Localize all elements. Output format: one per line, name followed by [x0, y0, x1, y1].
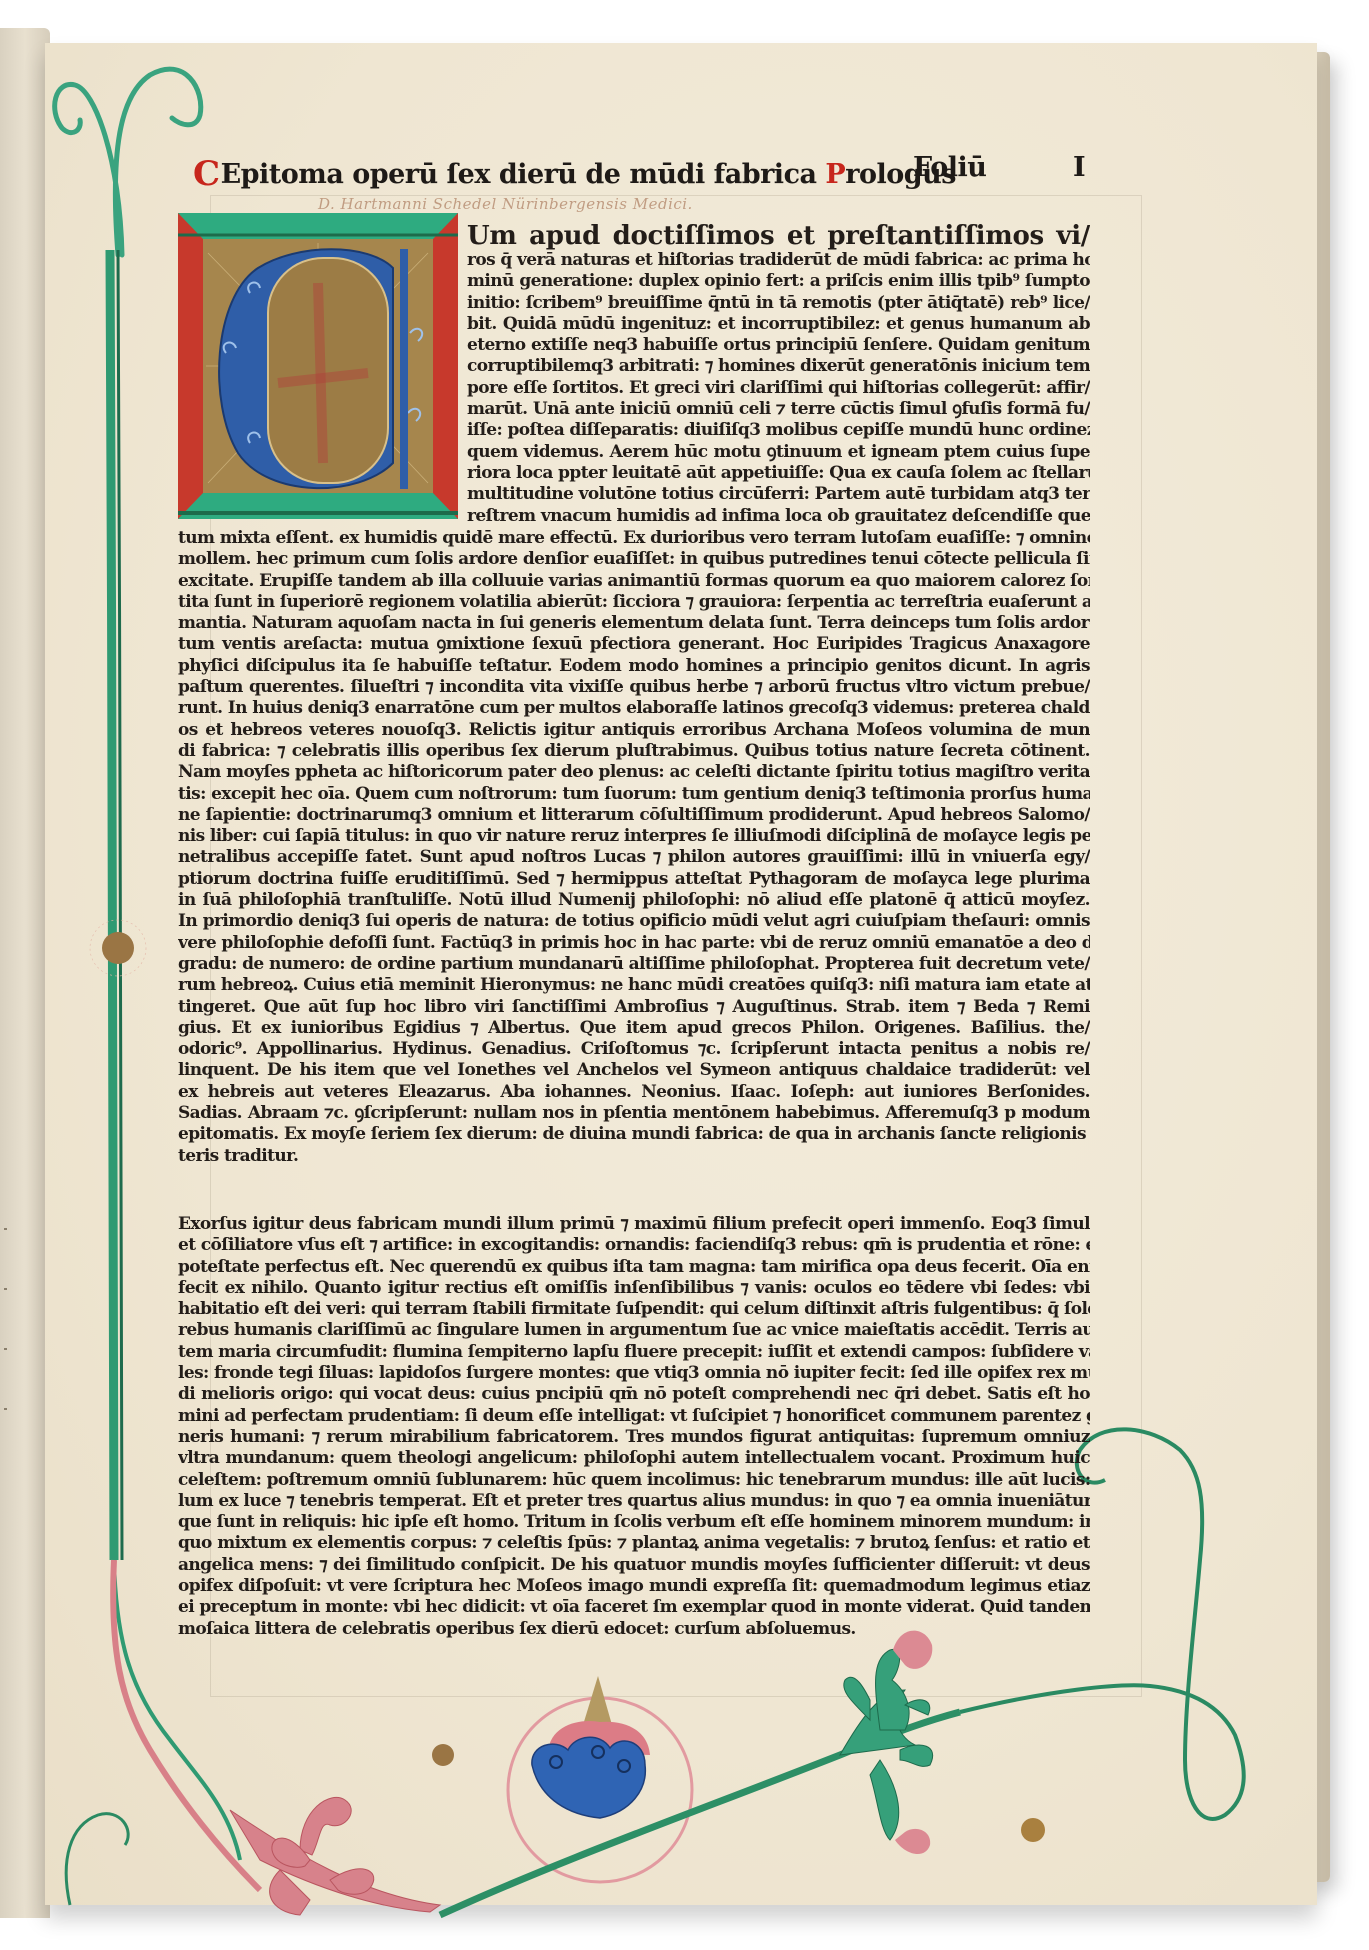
text-line: et cōſiliatore vſus eſt ⁊ artifice: in e… [178, 1235, 1090, 1256]
text-line: netralibus accepiſſe fatet. Sunt apud no… [178, 847, 1090, 868]
adjacent-left-page [0, 28, 50, 1918]
text-line: ros q̄ verā naturas et hiſtorias tradide… [467, 250, 1090, 271]
text-line: odoric⁹. Appollinarius. Hydinus. Genadiu… [178, 1039, 1090, 1060]
text-line: tum mixta eſſent. ex humidis quidē mare … [178, 528, 1090, 549]
text-line: pore eſſe ſortitos. Et greci viri clariſ… [467, 378, 1090, 399]
text-line: os et hebreos veteres nouoſq3. Relictis … [178, 720, 1090, 741]
text-line: di fabrica: ⁊ celebratis illis operibus … [178, 741, 1090, 762]
folio-number: I [1073, 152, 1085, 183]
text-line: Sadias. Abraam ⁊c. ꝯſcripſerunt: nullam … [178, 1103, 1090, 1124]
text-line: epitomatis. Ex moyſe ſeriem ſex dierum: … [178, 1124, 1090, 1145]
text-line: fecit ex nihilo. Quanto igitur rectius e… [178, 1278, 1090, 1299]
ownership-inscription: D. Hartmanni Schedel Nürinbergensis Medi… [318, 195, 693, 213]
text-line: mollem. hec primum cum ſolis ardore denſ… [178, 549, 1090, 570]
text-line: vltra mundanum: quem theologi angelicum:… [178, 1448, 1090, 1469]
text-line: Exorſus igitur deus fabricam mundi illum… [178, 1214, 1090, 1235]
text-line: reſtrem vnacum humidis ad infima loca ob… [467, 506, 1090, 527]
text-line: eterno extiſſe neq3 habuiſſe ortus princ… [467, 335, 1090, 356]
text-line: linquent. De his item que vel Ionethes v… [178, 1060, 1090, 1081]
text-line: habitatio eſt dei veri: qui terram ſtabi… [178, 1299, 1090, 1320]
text-line: lum ex luce ⁊ tenebris temperat. Eſt et … [178, 1491, 1090, 1512]
text-line: initio: ſcribem⁹ breuiſſime q̄ntū in tā … [467, 293, 1090, 314]
text-line: angelica mens: ⁊ dei ſimilitudo conſpici… [178, 1555, 1090, 1576]
text-line: neris humani: ⁊ rerum mirabilium fabrica… [178, 1427, 1090, 1448]
text-line: excitate. Erupiſſe tandem ab illa colluu… [178, 571, 1090, 592]
text-line: tingeret. Que aūt ſup hoc libro viri ſan… [178, 997, 1090, 1018]
text-line: paſtum querentes. ſilueſtri ⁊ incondita … [178, 677, 1090, 698]
text-line: tis: excepit hec oīa. Quem cum noſtrorum… [178, 784, 1090, 805]
text-line: nis liber: cui ſapiā titulus: in quo vir… [178, 826, 1090, 847]
text-line: gius. Et ex iunioribus Egidius ⁊ Albertu… [178, 1018, 1090, 1039]
text-line: ex hebreis aut veteres Eleazarus. Aba io… [178, 1082, 1090, 1103]
text-line: poteſtate perfectus eſt. Nec querendū ex… [178, 1257, 1090, 1278]
text-line: in ſuā philoſophiā tranſtuliſſe. Notū il… [178, 890, 1090, 911]
text-line: minū generatione: duplex opinio fert: a … [467, 271, 1090, 292]
text-line: rum hebreoꝝ. Cuius etiā meminit Hieronym… [178, 975, 1090, 996]
text-line: celeſtem: poſtremum omniū ſublunarem: hū… [178, 1470, 1090, 1491]
text-line: marūt. Unā ante iniciū omniū celi ⁊ terr… [467, 399, 1090, 420]
text-line: que ſunt in reliquis: hic ipſe eſt homo.… [178, 1512, 1090, 1533]
text-line: tita ſunt in ſuperiorē regionem volatili… [178, 592, 1090, 613]
text-line: Um apud doctiſſimos et preſtantiſſimos v… [467, 222, 1090, 250]
text-line: tem maria circumfudit: flumina ſempitern… [178, 1342, 1090, 1363]
text-line: quem videmus. Aerem hūc motu ꝯtinuum et … [467, 442, 1090, 463]
text-line: les: fronde tegi ſiluas: lapidoſos ſurge… [178, 1363, 1090, 1384]
text-line: riora loca ppter leuitatē aūt appetiuiſſ… [467, 463, 1090, 484]
page-edge-mark [4, 1408, 7, 1410]
title-text-pre: Epitoma operū ſex dierū de mūdi fabrica [221, 159, 826, 190]
text-line: ei preceptum in monte: vbi hec didicit: … [178, 1597, 1090, 1618]
running-head: CEpitoma operū ſex dierū de mūdi fabrica… [193, 152, 1093, 192]
paragraph-1-full-width: tum mixta eſſent. ex humidis quidē mare … [178, 528, 1090, 1167]
folio-label: Foliū [913, 152, 986, 183]
text-line: phyſici diſcipulus ita ſe habuiſſe teſta… [178, 656, 1090, 677]
text-line: In primordio deniq3 ſui operis de natura… [178, 911, 1090, 932]
rubric-initial: C [193, 154, 220, 194]
illuminated-initial-c-icon [178, 213, 458, 519]
text-line: moſaica littera de celebratis operibus ſ… [178, 1619, 1090, 1640]
text-line: di melioris origo: qui vocat deus: cuius… [178, 1384, 1090, 1405]
page-edge-mark [4, 1348, 7, 1350]
text-line: quo mixtum ex elementis corpus: ⁊ celeſt… [178, 1533, 1090, 1554]
text-line: gradu: de numero: de ordine partium mund… [178, 954, 1090, 975]
title-rubric-letter: P [825, 159, 845, 190]
paragraph-2: Exorſus igitur deus fabricam mundi illum… [178, 1214, 1090, 1640]
text-line: vere philoſophie defoſſi ſunt. Factūq3 i… [178, 933, 1090, 954]
page-edge-mark [4, 1288, 7, 1290]
text-line: corruptibilemq3 arbitrati: ⁊ homines dix… [467, 356, 1090, 377]
text-line: iſſe: poſtea diſſeparatis: diuiſiſq3 mol… [467, 420, 1090, 441]
text-line: runt. In huius deniq3 enarratōne cum per… [178, 698, 1090, 719]
text-line: tum ventis areſacta: mutua ꝯmixtione ſex… [178, 634, 1090, 655]
text-line: bit. Quidā mūdū ingenituz: et incorrupti… [467, 314, 1090, 335]
text-line: mantia. Naturam aquoſam nacta in ſui gen… [178, 613, 1090, 634]
text-line: ne ſapientie: doctrinarumq3 omnium et li… [178, 805, 1090, 826]
text-line: teris traditur. [178, 1146, 1090, 1167]
text-line: opifex diſpoſuit: vt vere ſcriptura hec … [178, 1576, 1090, 1597]
text-line: mini ad perfectam prudentiam: ſi deum eſ… [178, 1406, 1090, 1427]
text-line: multitudine volutōne totius circūferri: … [467, 484, 1090, 505]
text-line: Nam moyſes ppheta ac hiſtoricorum pater … [178, 762, 1090, 783]
paragraph-1-beside-initial: Um apud doctiſſimos et preſtantiſſimos v… [467, 222, 1090, 527]
text-line: rebus humanis clariſſimū ac ſingulare lu… [178, 1320, 1090, 1341]
text-line: ptiorum doctrina fuiſſe eruditiſſimū. Se… [178, 869, 1090, 890]
page-edge-mark [4, 1228, 7, 1230]
